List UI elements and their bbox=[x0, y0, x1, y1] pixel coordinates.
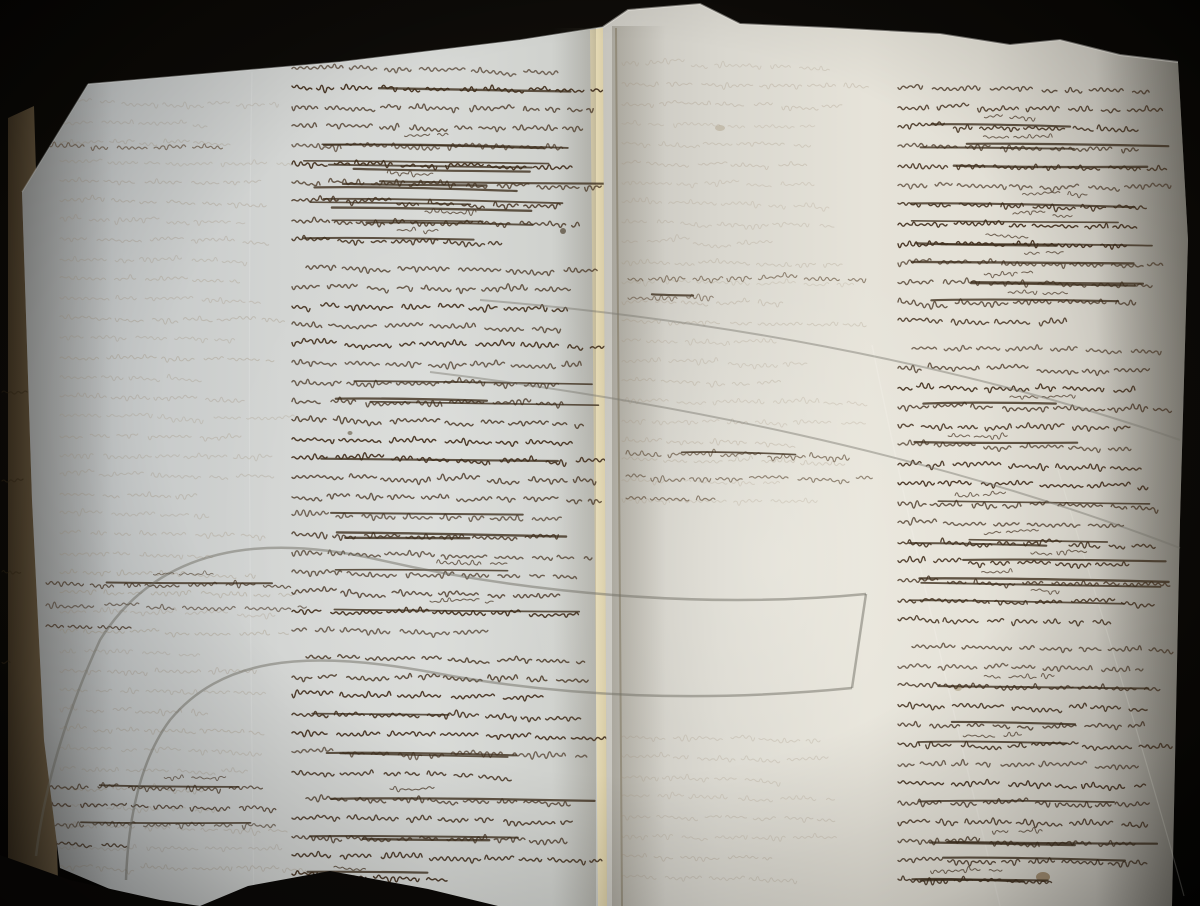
strikethrough-stroke bbox=[923, 403, 1055, 404]
strikethrough-stroke bbox=[363, 839, 489, 840]
right-page-edge-shadow bbox=[1095, 40, 1188, 906]
strikethrough-stroke bbox=[915, 442, 1078, 443]
strikethrough-stroke bbox=[921, 880, 1048, 881]
strikethrough-stroke bbox=[81, 822, 251, 823]
foxing-spot bbox=[560, 228, 566, 234]
manuscript-canvas bbox=[0, 0, 1200, 906]
strikethrough-stroke bbox=[954, 166, 1147, 167]
strikethrough-stroke bbox=[107, 583, 272, 584]
manuscript-photo bbox=[0, 0, 1200, 906]
strikethrough-stroke bbox=[652, 294, 693, 295]
strikethrough-stroke bbox=[912, 262, 1134, 264]
foxing-spot bbox=[348, 431, 353, 435]
right-page-highlight bbox=[520, 250, 1040, 870]
